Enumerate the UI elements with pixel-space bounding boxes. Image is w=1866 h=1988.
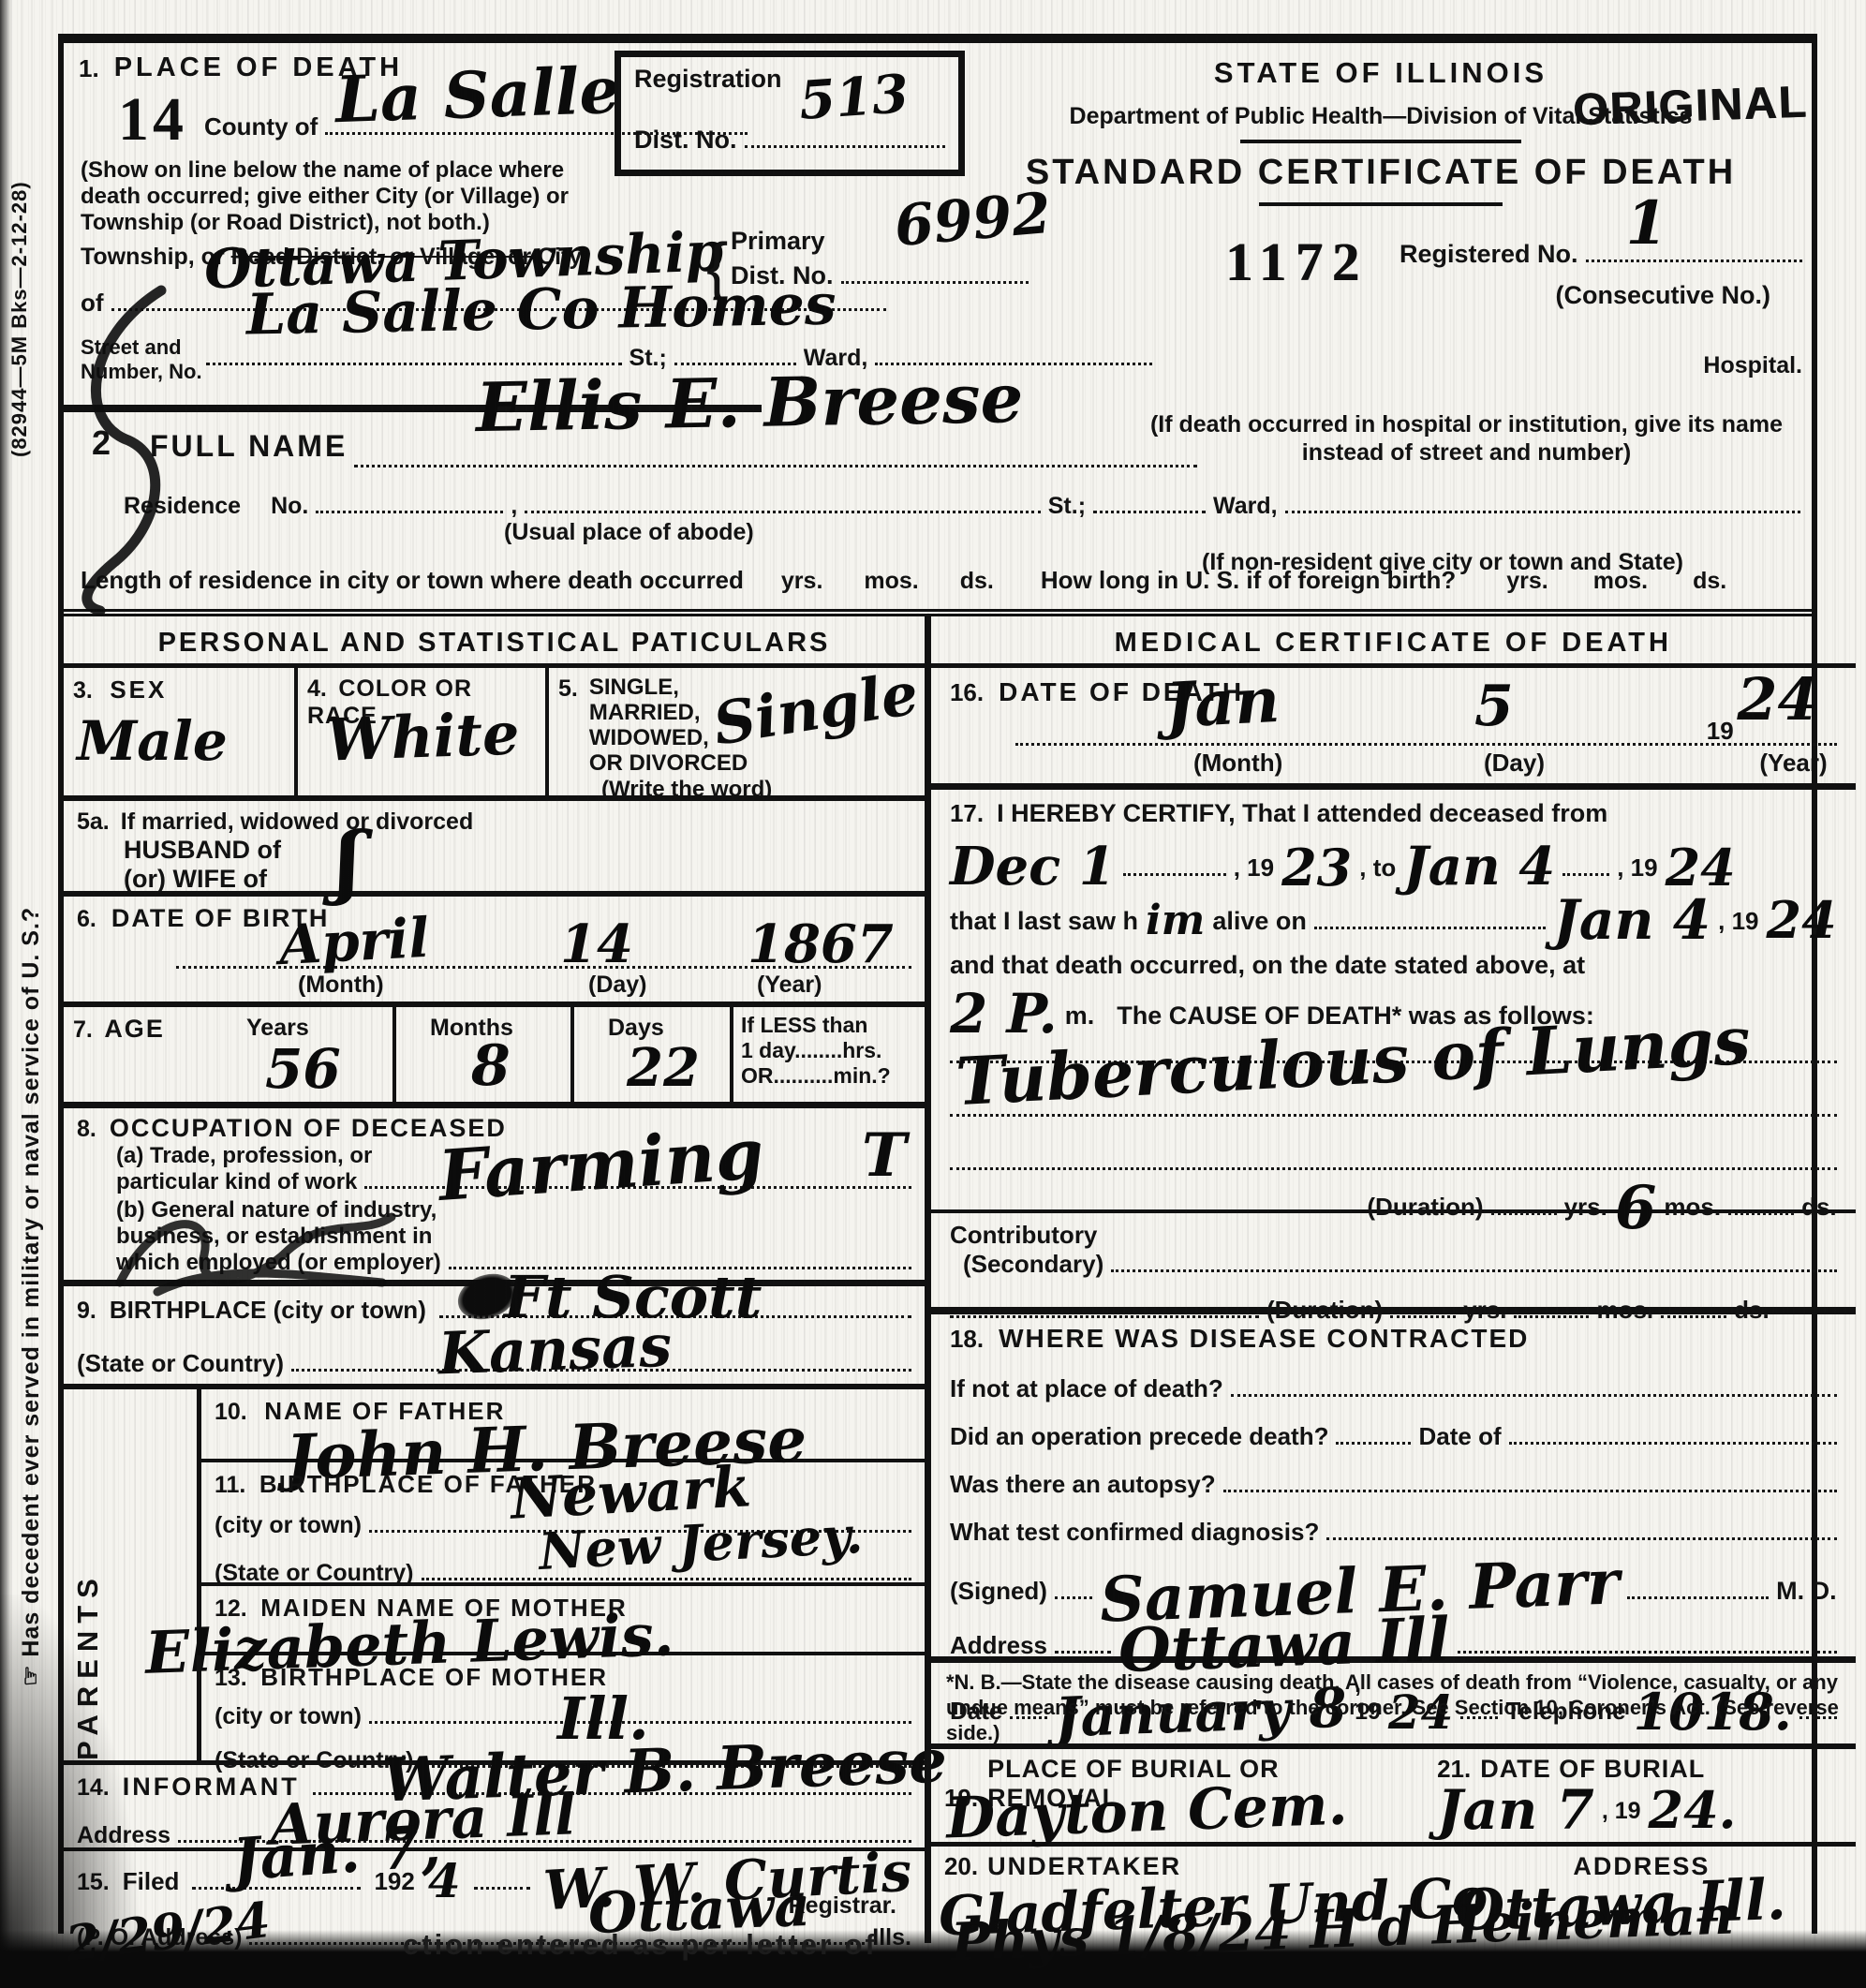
mos-label: mos.	[864, 568, 918, 595]
attended-from-handwriting: Dec 1	[950, 843, 1116, 890]
occupation-row: 8. OCCUPATION OF DECEASED (a) Trade, pro…	[64, 1108, 925, 1286]
dotted-rule	[1223, 1488, 1837, 1492]
ds-label: ds.	[960, 568, 994, 595]
item-number: 17.	[950, 799, 984, 828]
item-number: 7.	[73, 1016, 93, 1043]
q1-label: If not at place of death?	[950, 1374, 1223, 1403]
ward-label: Ward,	[1213, 493, 1278, 520]
hour-handwriting: 2 P.	[950, 989, 1058, 1038]
spouse-row: 5a. If married, widowed or divorced HUSB…	[64, 801, 925, 897]
item-number: 16.	[950, 678, 984, 707]
dotted-rule	[1627, 1595, 1769, 1599]
registration-dist-value: 513	[797, 70, 910, 125]
age-label: AGE	[104, 1015, 165, 1043]
parents-section: PARENTS 10. NAME OF FATHER John H. Brees…	[64, 1389, 925, 1765]
day-note: (Day)	[1484, 749, 1545, 778]
item-number: 3.	[73, 677, 93, 704]
age-label-cell: 7. AGE	[64, 1007, 209, 1102]
days-value-handwriting: 22	[627, 1045, 700, 1091]
item-number: 5.	[558, 675, 578, 703]
dotted-rule	[1326, 1536, 1836, 1540]
year-note: (Year)	[757, 972, 822, 999]
birthplace-row: 9. BIRTHPLACE (city or town) (State or C…	[64, 1286, 925, 1389]
mother-name-row: 12. MAIDEN NAME OF MOTHER Elizabeth Lewi…	[197, 1586, 925, 1655]
burial-date-cell: 21. DATE OF BURIAL Jan 7 , 19 24.	[1428, 1749, 1856, 1842]
registered-no-value: 1	[1625, 197, 1667, 251]
to-year-handwriting: 24	[1666, 845, 1736, 891]
dotted-rule	[1055, 1595, 1092, 1599]
q4-label: What test confirmed diagnosis?	[950, 1518, 1319, 1547]
registered-no-label: Registered No.	[1399, 240, 1578, 269]
medical-heading: MEDICAL CERTIFICATE OF DEATH	[1115, 628, 1672, 658]
ink-flourish	[49, 281, 180, 618]
serial-stamp-1172: 1172	[1225, 230, 1369, 293]
residence-no-label: No.	[271, 493, 308, 520]
item-number: 18.	[950, 1325, 984, 1354]
ds-label: ds.	[1693, 568, 1726, 595]
divider-rule	[1259, 202, 1503, 206]
spouse-l2: HUSBAND of	[124, 836, 911, 865]
last-saw-date-handwriting: Jan 4	[1553, 896, 1710, 944]
item-number: 5a.	[77, 809, 110, 836]
dod-year-printed: 19	[1707, 717, 1734, 746]
dotted-rule	[316, 509, 503, 513]
disease-contracted-row: 18. WHERE WAS DISEASE CONTRACTED If not …	[931, 1314, 1856, 1663]
dotted-rule	[1123, 871, 1226, 876]
comma: ,	[511, 493, 517, 520]
place-note: (Show on line below the name of place wh…	[81, 157, 624, 236]
race-cell: 4. COLOR OR RACE White	[298, 668, 549, 795]
dist-no-label: Dist. No.	[634, 126, 737, 155]
hospital-label: Hospital.	[1703, 352, 1802, 379]
dotted-rule	[354, 463, 1197, 467]
dotted-rule	[950, 1165, 1837, 1170]
registration-label: Registration	[634, 65, 782, 93]
medical-column: MEDICAL CERTIFICATE OF DEATH 16. DATE OF…	[925, 616, 1856, 1943]
age-months-cell: Months 8	[396, 1007, 574, 1102]
mos-label: mos.	[1593, 568, 1648, 595]
item-number: 6.	[77, 906, 96, 933]
item-number: 1.	[79, 54, 99, 83]
divider-rule	[1240, 140, 1521, 143]
yrs-label: yrs.	[781, 568, 822, 595]
dotted-rule	[1111, 1268, 1836, 1272]
abode-note: (Usual place of abode)	[504, 519, 754, 546]
sex-cell: 3. SEX Male	[64, 668, 298, 795]
occ-a-line2: particular kind of work	[116, 1169, 357, 1195]
sex-value-handwriting: Male	[77, 717, 228, 765]
spouse-l3: (or) WIFE of	[124, 865, 911, 894]
dotted-rule	[1285, 509, 1800, 513]
registered-no-line: Registered No.	[1399, 240, 1802, 269]
certificate-form: 1. PLACE OF DEATH 14 County of La Salle …	[58, 34, 1817, 1934]
consecutive-note: (Consecutive No.)	[1555, 281, 1770, 310]
nb-note-row: *N. B.—State the disease causing death. …	[931, 1663, 1856, 1749]
fullname-value-handwriting: Ellis E. Breese	[475, 368, 1023, 438]
item-number: 20.	[944, 1852, 978, 1881]
item-number: 9.	[77, 1298, 96, 1325]
dotted-rule	[1562, 871, 1609, 876]
less-note-2: 1 day........hrs.	[741, 1038, 917, 1063]
certificate-title: STANDARD CERTIFICATE OF DEATH	[954, 153, 1808, 193]
top-section: 1. PLACE OF DEATH 14 County of La Salle …	[64, 43, 1812, 616]
registration-box: Registration Dist. No. 513	[615, 51, 965, 176]
age-less-cell: If LESS than 1 day........hrs. OR.......…	[733, 1007, 925, 1102]
birthplace-label: BIRTHPLACE (city or town)	[110, 1296, 426, 1325]
dotted-rule	[1093, 509, 1206, 513]
state-or-country-label: (State or Country)	[215, 1560, 414, 1587]
him-handwriting: im	[1146, 902, 1205, 940]
dotted-rule	[1336, 1440, 1411, 1445]
sex-label: SEX	[110, 675, 167, 704]
spouse-l1: If married, widowed or divorced	[121, 809, 473, 836]
age-row: 7. AGE Years 56 Months 8 Days 22	[64, 1007, 925, 1108]
length-label: Length of residence in city or town wher…	[81, 566, 744, 595]
dod-month-handwriting: Jan	[1163, 673, 1281, 734]
burial-place-cell: 19. PLACE OF BURIAL OR REMOVAL Dayton Ce…	[931, 1749, 1428, 1842]
certify-line1: I HEREBY CERTIFY, That I attended deceas…	[997, 799, 1607, 828]
county-label: County of	[204, 112, 318, 141]
spouse-value-handwriting: ʃ	[335, 825, 362, 897]
q2b-label: Date of	[1418, 1422, 1501, 1451]
father-name-row: 10. NAME OF FATHER John H. Breese	[197, 1389, 925, 1462]
foreign-birth-label: How long in U. S. if of foreign birth?	[1041, 566, 1456, 595]
printed-19: , 19	[1617, 853, 1657, 883]
dotted-rule	[745, 143, 945, 148]
informant-row: 14. INFORMANT Address Walter B. Breese A…	[64, 1765, 925, 1851]
alive-on-label: alive on	[1212, 907, 1307, 936]
burial-place-handwriting: Dayton Cem.	[945, 1780, 1348, 1845]
dod-day-handwriting: 5	[1474, 681, 1514, 732]
district-stamp-14: 14	[118, 84, 187, 156]
printed-19: , 19	[1718, 907, 1758, 936]
dotted-rule	[1314, 925, 1547, 929]
state-header: STATE OF ILLINOIS ORIGINAL Department of…	[954, 56, 1808, 206]
less-note-1: If LESS than	[741, 1013, 917, 1038]
age-days-cell: Days 22	[574, 1007, 733, 1102]
less-note-3: OR..........min.?	[741, 1063, 917, 1089]
death-certificate-scan: (82944—5M Bks—2-12-28) ☞ Has decedent ev…	[0, 0, 1866, 1988]
years-value-handwriting: 56	[265, 1045, 341, 1093]
dob-year-handwriting: 1867	[748, 921, 894, 968]
father-birthplace-state-handwriting: New Jersey.	[538, 1512, 864, 1575]
city-or-town-label: (city or town)	[215, 1703, 362, 1730]
occupation-tail-mark: T	[862, 1129, 907, 1183]
burial-row: 19. PLACE OF BURIAL OR REMOVAL Dayton Ce…	[931, 1749, 1856, 1847]
printed-19: , 19	[1234, 853, 1274, 883]
item-number: 13.	[215, 1665, 247, 1691]
dod-year-handwriting: 24	[1737, 674, 1817, 726]
residence-line: Residence No. , St.; Ward,	[124, 493, 1800, 520]
dotted-rule	[1509, 1440, 1837, 1445]
death-occurred-line: and that death occurred, on the date sta…	[950, 951, 1837, 980]
signed-label: (Signed)	[950, 1577, 1047, 1606]
md-label: M. D.	[1776, 1577, 1837, 1606]
city-or-town-label: (city or town)	[215, 1512, 362, 1539]
from-year-handwriting: 23	[1281, 845, 1352, 891]
dob-month-handwriting: April	[278, 913, 431, 970]
dotted-rule	[841, 279, 1029, 284]
columns: PERSONAL AND STATISTICAL PATICULARS 3. S…	[64, 616, 1812, 1943]
m-label: m.	[1065, 1001, 1095, 1031]
contracted-label: WHERE WAS DISEASE CONTRACTED	[999, 1324, 1529, 1354]
q3-label: Was there an autopsy?	[950, 1470, 1216, 1499]
original-stamp: ORIGINAL	[1572, 77, 1808, 137]
hospital-note: (If death occurred in hospital or instit…	[1127, 410, 1806, 467]
item-number: 10.	[215, 1399, 247, 1425]
personal-heading-row: PERSONAL AND STATISTICAL PATICULARS	[64, 616, 925, 668]
last-saw-label: that I last saw h	[950, 907, 1138, 936]
father-birthplace-row: 11. BIRTHPLACE OF FATHER (city or town) …	[197, 1462, 925, 1586]
personal-heading: PERSONAL AND STATISTICAL PATICULARS	[158, 628, 831, 658]
printed-19: , 19	[1602, 1798, 1641, 1825]
margin-military-question: ☞ Has decedent ever served in military o…	[17, 440, 45, 1686]
contributory-row: Contributory (Secondary) (Duration) yrs.…	[931, 1213, 1856, 1314]
dotted-rule	[525, 509, 1040, 513]
dob-day-handwriting: 14	[560, 921, 633, 968]
medical-heading-row: MEDICAL CERTIFICATE OF DEATH	[931, 616, 1856, 668]
contributory-label: Contributory	[950, 1221, 1837, 1250]
nb-note: *N. B.—State the disease causing death. …	[946, 1670, 1841, 1745]
item-number: 11.	[215, 1472, 245, 1498]
sex-race-marital-row: 3. SEX Male 4. COLOR OR RACE White 5.	[64, 668, 925, 801]
date-of-birth-row: 6. DATE OF BIRTH April 14 1867 (Month) (…	[64, 897, 925, 1007]
filed-date-handwriting: Jan. 7,	[230, 1819, 442, 1886]
dotted-rule	[206, 361, 622, 365]
dotted-rule	[1586, 258, 1802, 262]
to-label: , to	[1359, 853, 1396, 883]
attended-to-handwriting: Jan 4	[1403, 843, 1555, 890]
certify-row: 17. I HEREBY CERTIFY, That I attended de…	[931, 790, 1856, 1213]
secondary-label: (Secondary)	[963, 1250, 1103, 1279]
date-of-death-row: 16. DATE OF DEATH Jan 5 19 24 (Month) (D…	[931, 668, 1856, 790]
correction-stamp-text: ction entered as per letter of	[403, 1928, 878, 1962]
street-value-handwriting: La Salle Co Homes	[246, 280, 837, 341]
month-note: (Month)	[298, 972, 384, 999]
q2-label: Did an operation precede death?	[950, 1422, 1329, 1451]
state-or-country-label: (State or Country)	[77, 1349, 284, 1378]
address-label: Address	[950, 1631, 1047, 1660]
month-note: (Month)	[1193, 749, 1282, 778]
year-note: (Year)	[1759, 749, 1827, 778]
months-value-handwriting: 8	[471, 1041, 511, 1091]
yrs-label: yrs.	[1506, 568, 1548, 595]
marital-cell: 5. SINGLE, MARRIED, WIDOWED, OR DIVORCED…	[549, 668, 925, 795]
item-number: 8.	[77, 1116, 96, 1143]
age-years-cell: Years 56	[209, 1007, 396, 1102]
dotted-rule	[1231, 1392, 1837, 1397]
personal-column: PERSONAL AND STATISTICAL PATICULARS 3. S…	[64, 616, 925, 1943]
race-value-handwriting: White	[325, 707, 520, 766]
dotted-rule	[422, 1576, 911, 1580]
dotted-rule	[474, 1885, 530, 1890]
burial-year-handwriting: 24.	[1649, 1788, 1737, 1833]
st-label: St.;	[1048, 493, 1086, 520]
occupation-value-handwriting: Farming	[437, 1123, 765, 1209]
dotted-rule	[1458, 1649, 1837, 1654]
county-value-handwriting: La Salle	[334, 63, 621, 130]
length-of-residence-line: Length of residence in city or town wher…	[81, 566, 1800, 595]
day-note: (Day)	[588, 972, 647, 999]
burial-date-handwriting: Jan 7	[1437, 1786, 1594, 1834]
item-number: 4.	[307, 675, 327, 702]
marital-note: (Write the word)	[601, 777, 915, 803]
saw-year-handwriting: 24	[1767, 898, 1837, 943]
birthplace-state-handwriting: Kansas	[437, 1320, 673, 1380]
mother-birthplace-label: BIRTHPLACE OF MOTHER	[260, 1663, 608, 1691]
dotted-rule	[1055, 1649, 1111, 1654]
